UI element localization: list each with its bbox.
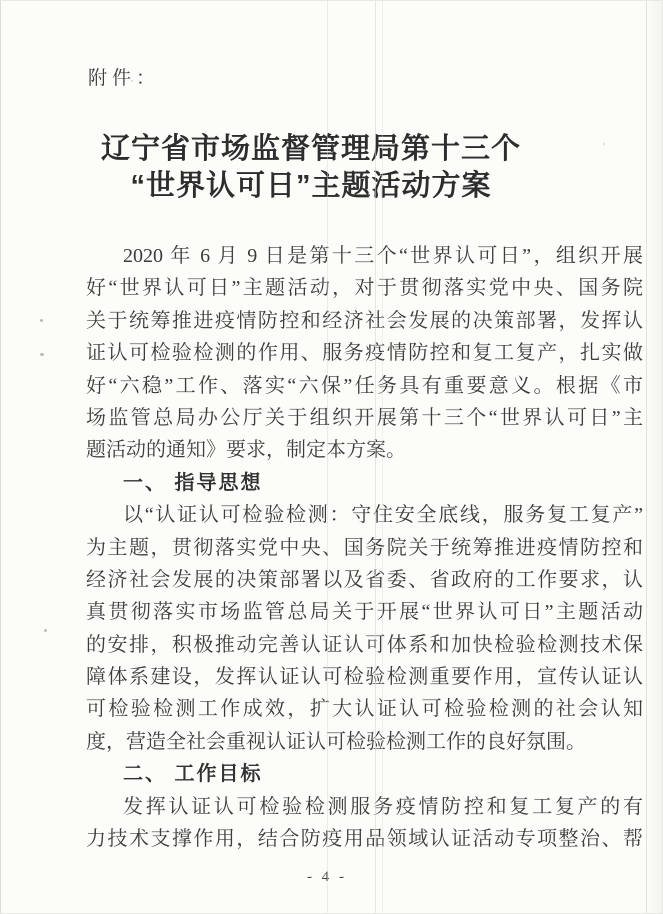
body-line: 2020 年 6 月 9 日是第十三个“世界认可日”，组织开展 xyxy=(86,240,643,272)
scan-speck xyxy=(44,629,47,632)
body-line: 的安排，积极推动完善认证认可体系和加快检验检测技术保 xyxy=(86,629,643,661)
body-line: 以“认证认可检验检测：守住安全底线，服务复工复产” xyxy=(86,499,643,531)
section-heading-2: 二、 工作目标 xyxy=(86,758,643,790)
scan-speck xyxy=(40,319,43,322)
body-line: 为主题，贯彻落实党中央、国务院关于统筹推进疫情防控和 xyxy=(86,532,643,564)
body-line: 场监管总局办公厅关于组织开展第十三个“世界认可日”主 xyxy=(86,402,643,434)
document-title-line1: 辽宁省市场监督管理局第十三个 xyxy=(1,131,621,168)
page-number: - 4 - xyxy=(1,869,653,886)
scan-speck xyxy=(40,353,44,356)
body-line: 好“世界认可日”主题活动，对于贯彻落实党中央、国务院 xyxy=(86,272,643,304)
section-heading-1: 一、 指导思想 xyxy=(86,467,643,499)
body-line: 关于统筹推进疫情防控和经济社会发展的决策部署，发挥认 xyxy=(86,305,643,337)
body-line: 证认可检验检测的作用、服务疫情防控和复工复产，扎实做 xyxy=(86,337,643,369)
document-title: 辽宁省市场监督管理局第十三个 “世界认可日”主题活动方案 xyxy=(1,131,621,205)
body-line: 发挥认证认可检验检测服务疫情防控和复工复产的有 xyxy=(86,791,643,823)
scanned-document-page: 附件： 辽宁省市场监督管理局第十三个 “世界认可日”主题活动方案 2020 年 … xyxy=(0,0,663,914)
body-line: 真贯彻落实市场监管总局关于开展“世界认可日”主题活动 xyxy=(86,596,643,628)
body-line: 好“六稳”工作、落实“六保”任务具有重要意义。根据《市 xyxy=(86,370,643,402)
document-body: 2020 年 6 月 9 日是第十三个“世界认可日”，组织开展 好“世界认可日”… xyxy=(86,240,643,855)
scan-artifact-line xyxy=(646,1,647,914)
body-line: 障体系建设，发挥认证认可检验检测重要作用，宣传认证认 xyxy=(86,661,643,693)
body-line: 力技术支撑作用，结合防疫用品领域认证活动专项整治、帮 xyxy=(86,823,643,855)
document-title-line2: “世界认可日”主题活动方案 xyxy=(1,168,621,205)
body-line: 可检验检测工作成效，扩大认证认可检验检测的社会认知 xyxy=(86,693,643,725)
body-line: 经济社会发展的决策部署以及省委、省政府的工作要求，认 xyxy=(86,564,643,596)
body-line: 题活动的通知》要求，制定本方案。 xyxy=(86,434,643,466)
scan-edge-shading xyxy=(646,1,662,914)
attachment-label: 附件： xyxy=(88,63,160,90)
body-line: 度，营造全社会重视认证认可检验检测工作的良好氛围。 xyxy=(86,726,643,758)
